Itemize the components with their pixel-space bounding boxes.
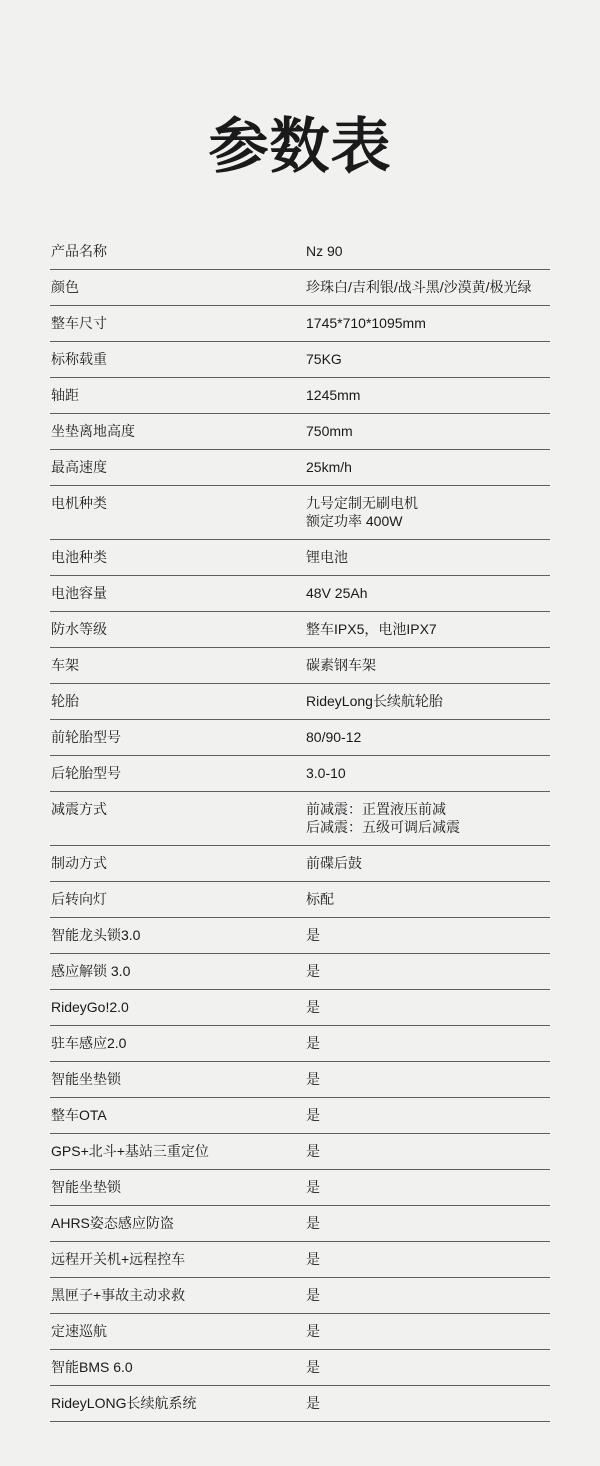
spec-row-label: 产品名称 xyxy=(50,242,306,260)
spec-row-value: 是 xyxy=(306,926,550,944)
spec-row-value: 前碟后鼓 xyxy=(306,854,550,872)
spec-row-value: 是 xyxy=(306,962,550,980)
spec-row-label: 驻车感应2.0 xyxy=(50,1034,306,1052)
spec-row-label: 电机种类 xyxy=(50,494,306,512)
spec-row-label: 前轮胎型号 xyxy=(50,728,306,746)
table-row: 智能坐垫锁 是 xyxy=(50,1170,550,1206)
spec-row-value: 3.0-10 xyxy=(306,764,550,782)
spec-row-value: 750mm xyxy=(306,422,550,440)
table-row: 远程开关机+远程控车 是 xyxy=(50,1242,550,1278)
table-row: 智能BMS 6.0 是 xyxy=(50,1350,550,1386)
spec-row-label: 智能龙头锁3.0 xyxy=(50,926,306,944)
table-row: 颜色 珍珠白/吉利银/战斗黑/沙漠黄/极光绿 xyxy=(50,270,550,306)
spec-row-value: 是 xyxy=(306,1250,550,1268)
spec-row-value: 是 xyxy=(306,1178,550,1196)
spec-row-value: 是 xyxy=(306,1214,550,1232)
table-row: 感应解锁 3.0 是 xyxy=(50,954,550,990)
spec-row-label: 车架 xyxy=(50,656,306,674)
table-row: 后转向灯 标配 xyxy=(50,882,550,918)
spec-row-value: 整车IPX5，电池IPX7 xyxy=(306,620,550,638)
spec-row-label: 整车OTA xyxy=(50,1106,306,1124)
table-row: 驻车感应2.0 是 xyxy=(50,1026,550,1062)
spec-row-value: 珍珠白/吉利银/战斗黑/沙漠黄/极光绿 xyxy=(306,278,550,296)
spec-row-label: 轮胎 xyxy=(50,692,306,710)
spec-row-value: 前减震：正置液压前减 后减震：五级可调后减震 xyxy=(306,800,550,836)
spec-row-value: 是 xyxy=(306,1322,550,1340)
spec-row-value: 碳素钢车架 xyxy=(306,656,550,674)
table-row: 标称载重 75KG xyxy=(50,342,550,378)
spec-row-label: AHRS姿态感应防盗 xyxy=(50,1214,306,1232)
spec-row-value: 25km/h xyxy=(306,458,550,476)
spec-table: 产品名称 Nz 90 颜色 珍珠白/吉利银/战斗黑/沙漠黄/极光绿 整车尺寸 1… xyxy=(50,234,550,1422)
spec-row-label: 黑匣子+事故主动求救 xyxy=(50,1286,306,1304)
spec-row-label: RideyLONG长续航系统 xyxy=(50,1394,306,1412)
table-row: 后轮胎型号 3.0-10 xyxy=(50,756,550,792)
spec-row-label: 减震方式 xyxy=(50,800,306,818)
spec-row-value: 是 xyxy=(306,1034,550,1052)
table-row: 整车尺寸 1745*710*1095mm xyxy=(50,306,550,342)
table-row: RideyGo!2.0 是 xyxy=(50,990,550,1026)
table-row: RideyLONG长续航系统 是 xyxy=(50,1386,550,1422)
table-row: 轮胎 RideyLong长续航轮胎 xyxy=(50,684,550,720)
spec-row-label: 电池种类 xyxy=(50,548,306,566)
table-row: 产品名称 Nz 90 xyxy=(50,234,550,270)
spec-row-value: 1245mm xyxy=(306,386,550,404)
spec-row-label: 标称载重 xyxy=(50,350,306,368)
spec-row-value: 锂电池 xyxy=(306,548,550,566)
spec-row-label: 电池容量 xyxy=(50,584,306,602)
spec-row-value: 是 xyxy=(306,1286,550,1304)
page-title: 参数表 xyxy=(0,0,600,184)
table-row: 智能坐垫锁 是 xyxy=(50,1062,550,1098)
spec-row-label: 后转向灯 xyxy=(50,890,306,908)
spec-row-label: 定速巡航 xyxy=(50,1322,306,1340)
table-row: 坐垫离地高度 750mm xyxy=(50,414,550,450)
spec-row-label: 轴距 xyxy=(50,386,306,404)
table-row: AHRS姿态感应防盗 是 xyxy=(50,1206,550,1242)
spec-row-label: 防水等级 xyxy=(50,620,306,638)
table-row: 黑匣子+事故主动求救 是 xyxy=(50,1278,550,1314)
table-row: 智能龙头锁3.0 是 xyxy=(50,918,550,954)
table-row: 防水等级 整车IPX5，电池IPX7 xyxy=(50,612,550,648)
table-row: 电池容量 48V 25Ah xyxy=(50,576,550,612)
spec-row-value: 80/90-12 xyxy=(306,728,550,746)
spec-row-label: 智能坐垫锁 xyxy=(50,1070,306,1088)
spec-row-value: 48V 25Ah xyxy=(306,584,550,602)
table-row: 制动方式 前碟后鼓 xyxy=(50,846,550,882)
spec-row-value: Nz 90 xyxy=(306,242,550,260)
spec-row-label: 后轮胎型号 xyxy=(50,764,306,782)
spec-row-label: 坐垫离地高度 xyxy=(50,422,306,440)
spec-row-label: GPS+北斗+基站三重定位 xyxy=(50,1142,306,1160)
spec-row-label: 最高速度 xyxy=(50,458,306,476)
spec-row-label: 智能坐垫锁 xyxy=(50,1178,306,1196)
table-row: 轴距 1245mm xyxy=(50,378,550,414)
spec-row-value: 是 xyxy=(306,1142,550,1160)
table-row: GPS+北斗+基站三重定位 是 xyxy=(50,1134,550,1170)
spec-row-label: RideyGo!2.0 xyxy=(50,998,306,1016)
spec-row-label: 制动方式 xyxy=(50,854,306,872)
spec-row-value: 1745*710*1095mm xyxy=(306,314,550,332)
spec-row-value: 九号定制无刷电机 额定功率 400W xyxy=(306,494,550,530)
spec-row-label: 颜色 xyxy=(50,278,306,296)
spec-row-value: RideyLong长续航轮胎 xyxy=(306,692,550,710)
spec-row-value: 是 xyxy=(306,1358,550,1376)
spec-row-value: 75KG xyxy=(306,350,550,368)
spec-row-label: 智能BMS 6.0 xyxy=(50,1358,306,1376)
table-row: 减震方式 前减震：正置液压前减 后减震：五级可调后减震 xyxy=(50,792,550,846)
table-row: 车架 碳素钢车架 xyxy=(50,648,550,684)
table-row: 电池种类 锂电池 xyxy=(50,540,550,576)
spec-row-label: 感应解锁 3.0 xyxy=(50,962,306,980)
spec-row-value: 是 xyxy=(306,998,550,1016)
table-row: 定速巡航 是 xyxy=(50,1314,550,1350)
spec-row-value: 是 xyxy=(306,1394,550,1412)
spec-row-label: 整车尺寸 xyxy=(50,314,306,332)
spec-row-label: 远程开关机+远程控车 xyxy=(50,1250,306,1268)
table-row: 最高速度 25km/h xyxy=(50,450,550,486)
table-row: 整车OTA 是 xyxy=(50,1098,550,1134)
table-row: 前轮胎型号 80/90-12 xyxy=(50,720,550,756)
spec-row-value: 是 xyxy=(306,1070,550,1088)
table-row: 电机种类 九号定制无刷电机 额定功率 400W xyxy=(50,486,550,540)
spec-row-value: 是 xyxy=(306,1106,550,1124)
spec-row-value: 标配 xyxy=(306,890,550,908)
